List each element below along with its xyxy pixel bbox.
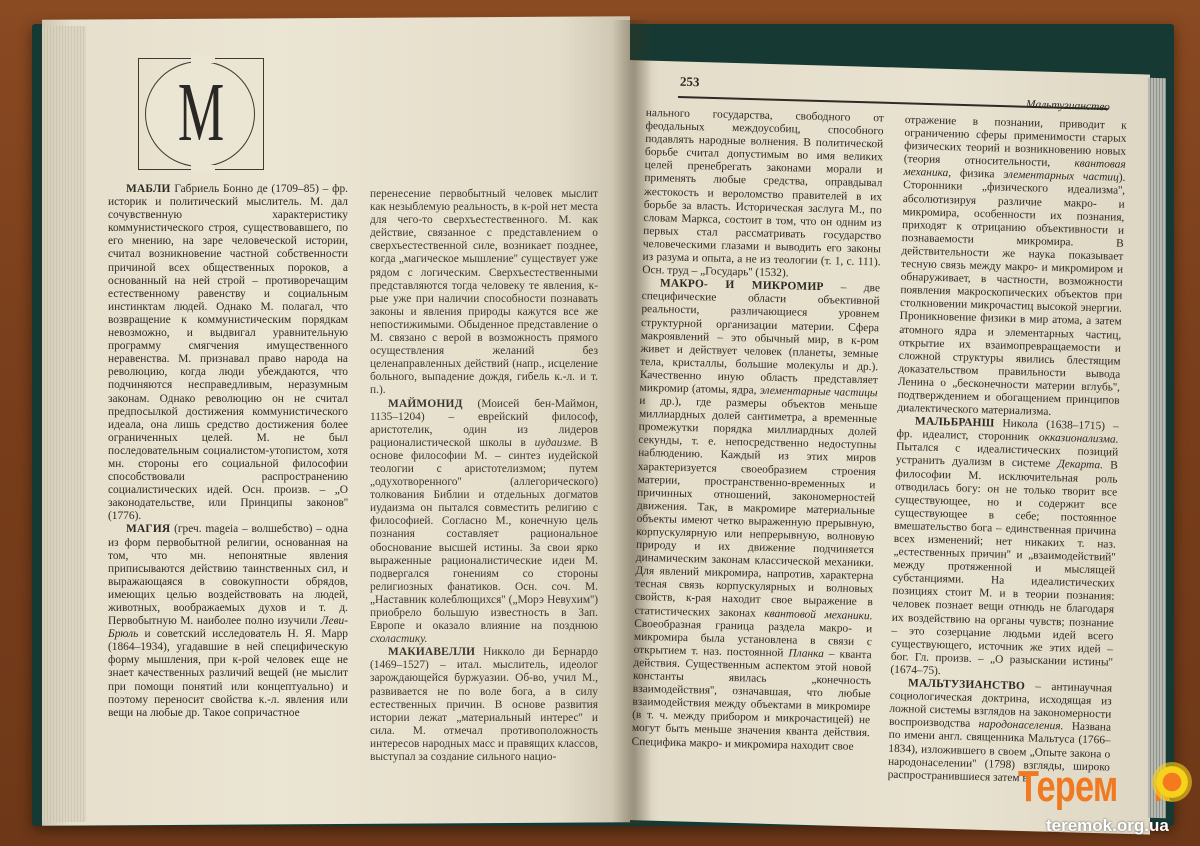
page-number: 253 — [680, 74, 700, 90]
left-column-1: МАБЛИ Габриель Бонно де (1709–85) – фр. … — [108, 183, 348, 720]
sun-icon — [1156, 766, 1188, 798]
entry-makro-i-mikromir: МАКРО- И МИКРОМИР – две специфические об… — [631, 277, 880, 754]
right-page-edges — [1148, 78, 1166, 819]
right-column-1: нального государства, свободного от феод… — [631, 107, 883, 754]
headword: МАГИЯ — [126, 523, 170, 535]
entry-makro-continued: отражение в познании, приводит к огранич… — [897, 114, 1127, 421]
section-letter-emblem: М — [138, 58, 264, 170]
headword: МАБЛИ — [126, 183, 171, 195]
section-letter: М — [163, 63, 240, 163]
watermark-url: teremok.org.ua — [1046, 816, 1169, 836]
watermark-brand: Теремк — [1018, 762, 1170, 812]
headword: МАКИАВЕЛЛИ — [388, 646, 475, 658]
headword: МАЙМОНИД — [388, 398, 463, 410]
entry-mabli: МАБЛИ Габриель Бонно де (1709–85) – фр. … — [108, 183, 348, 523]
left-column-2: перенесение первобытный человек мыслит к… — [370, 188, 598, 764]
left-page-edges — [42, 26, 86, 822]
entry-makiavelli: МАКИАВЕЛЛИ Никколо ди Бернардо (1469–152… — [370, 646, 598, 764]
entry-magiya: МАГИЯ (греч. mageia – волшебство) – одна… — [108, 523, 348, 719]
entry-makiavelli-continued: нального государства, свободного от феод… — [642, 107, 884, 283]
entry-magiya-continued: перенесение первобытный человек мыслит к… — [370, 188, 598, 398]
headword: МАЛЬБРАНШ — [915, 416, 995, 430]
entry-malbransh: МАЛЬБРАНШ Никола (1638–1715) – фр. идеал… — [890, 415, 1119, 683]
right-column-2: отражение в познании, приводит к огранич… — [888, 114, 1127, 787]
entry-maimonid: МАЙМОНИД (Моисей бен-Маймон, 1135–1204) … — [370, 398, 598, 647]
